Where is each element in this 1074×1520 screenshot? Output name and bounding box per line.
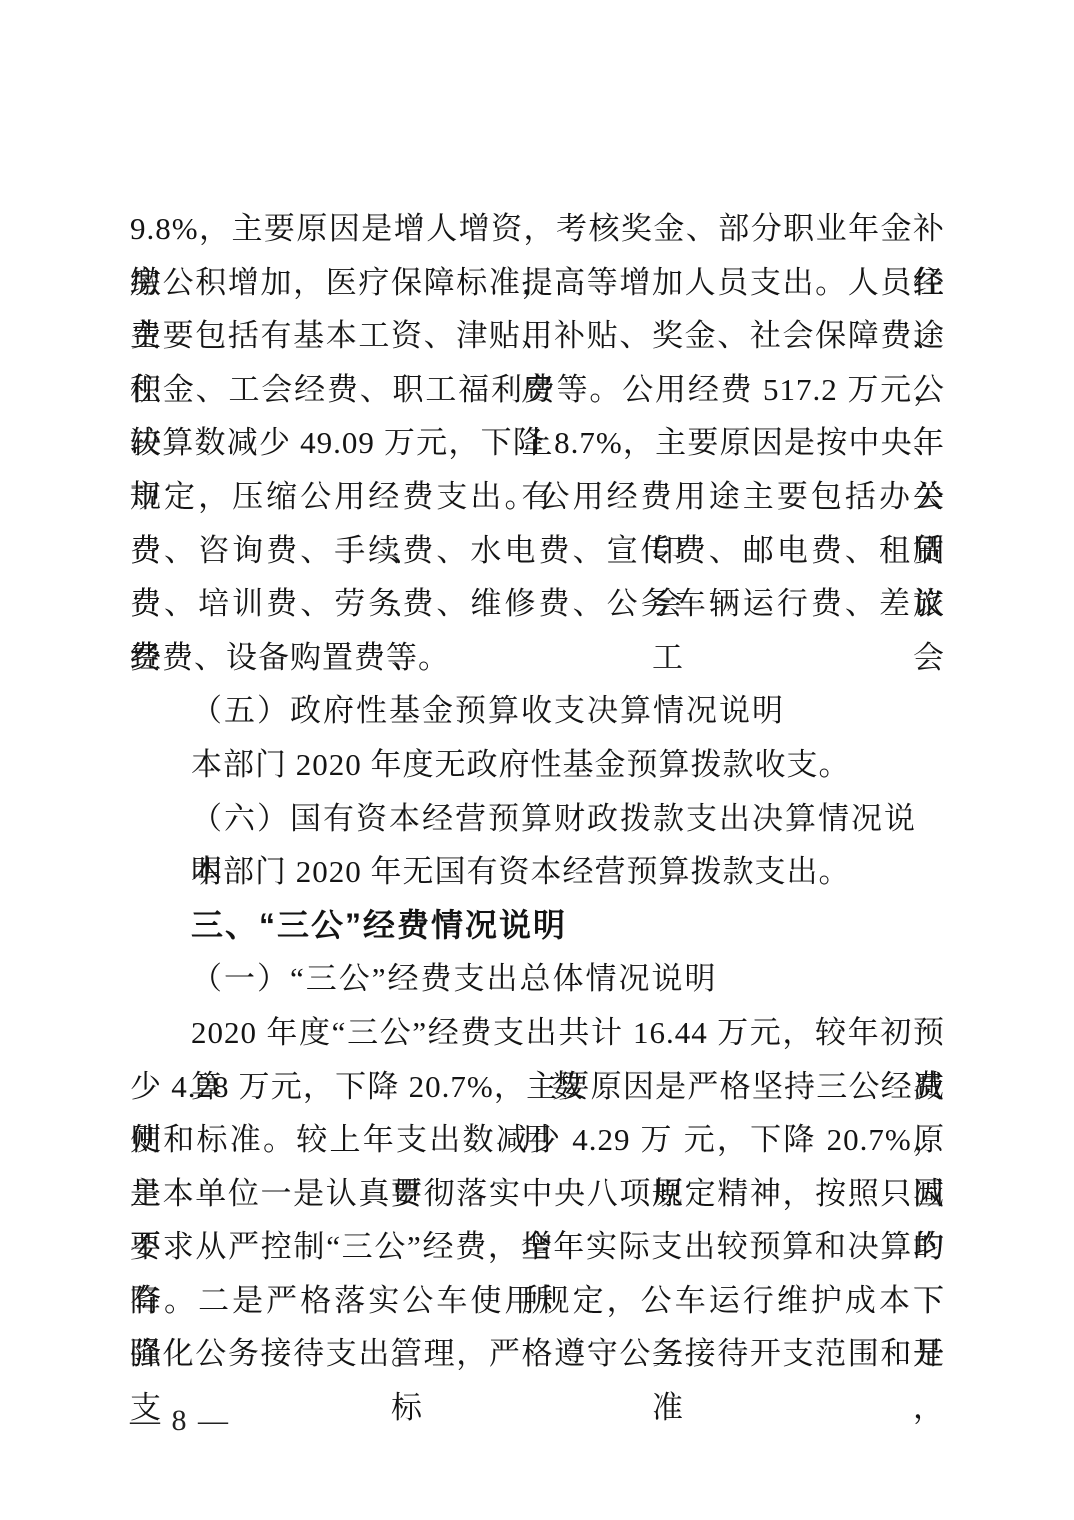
body-text-line: 房公积增加，医疗保障标准提高等增加人员支出。人员经费用途 [130,256,945,310]
subsection-heading: （一）“三公”经费支出总体情况说明 [130,952,945,1006]
body-text-line: 则和标准。较上年支出数减少 4.29 万 元，下降 20.7%，主要原因 [130,1113,945,1167]
body-text-line: 降。二是严格落实公车使用规定，公车运行维护成本下降。三是 [130,1274,945,1328]
body-text-line: 2020 年度“三公”经费支出共计 16.44 万元，较年初预算数减 [130,1006,945,1060]
subsection-heading: （五）政府性基金预算收支决算情况说明 [130,684,945,738]
subsection-heading: （六）国有资本经营预算财政拨款支出决算情况说明 [130,792,945,846]
section-heading: 三、“三公”经费情况说明 [130,899,945,953]
body-text-line: 本部门 2020 年无国有资本经营预算拨款支出。 [130,845,945,899]
body-text-line: 要求从严控制“三公”经费，全年实际支出较预算和决算均有所下 [130,1220,945,1274]
document-lines: 9.8%，主要原因是增人增资，考核奖金、部分职业年金补缴，住房公积增加，医疗保障… [130,202,945,1381]
body-text-line: 少 4.28 万元，下降 20.7%，主要原因是严格坚持三公经费使用原 [130,1060,945,1114]
body-text-line: 9.8%，主要原因是增人增资，考核奖金、部分职业年金补缴，住 [130,202,945,256]
page-number: — 8 — [130,1404,230,1437]
body-text-line: 强化公务接待支出管理，严格遵守公务接待开支范围和开支标准， [130,1327,945,1381]
body-text-line: 积金、工会经费、职工福利费等。公用经费 517.2 万元，较上年 [130,363,945,417]
body-text-line: 本部门 2020 年度无政府性基金预算拨款收支。 [130,738,945,792]
page-footer: — 8 — [130,1400,230,1442]
body-text-line: 规定，压缩公用经费支出。公用经费用途主要包括办公费、印刷 [130,470,945,524]
body-text-line: 决算数减少 49.09 万元，下降 8.7%，主要原因是按中央、市有关 [130,416,945,470]
body-text-line: 费、咨询费、手续费、水电费、宣传费、邮电费、租赁费、会议 [130,524,945,578]
document-page: 9.8%，主要原因是增人增资，考核奖金、部分职业年金补缴，住房公积增加，医疗保障… [0,0,1074,1520]
body-text-line: 主要包括有基本工资、津贴、补贴、奖金、社会保障费、住房公 [130,309,945,363]
body-text-line: 是本单位一是认真贯彻落实中央八项规定精神，按照只减不增的 [130,1167,945,1221]
body-text-line: 费、培训费、劳务费、维修费、公务车辆运行费、差旅费、工会 [130,577,945,631]
